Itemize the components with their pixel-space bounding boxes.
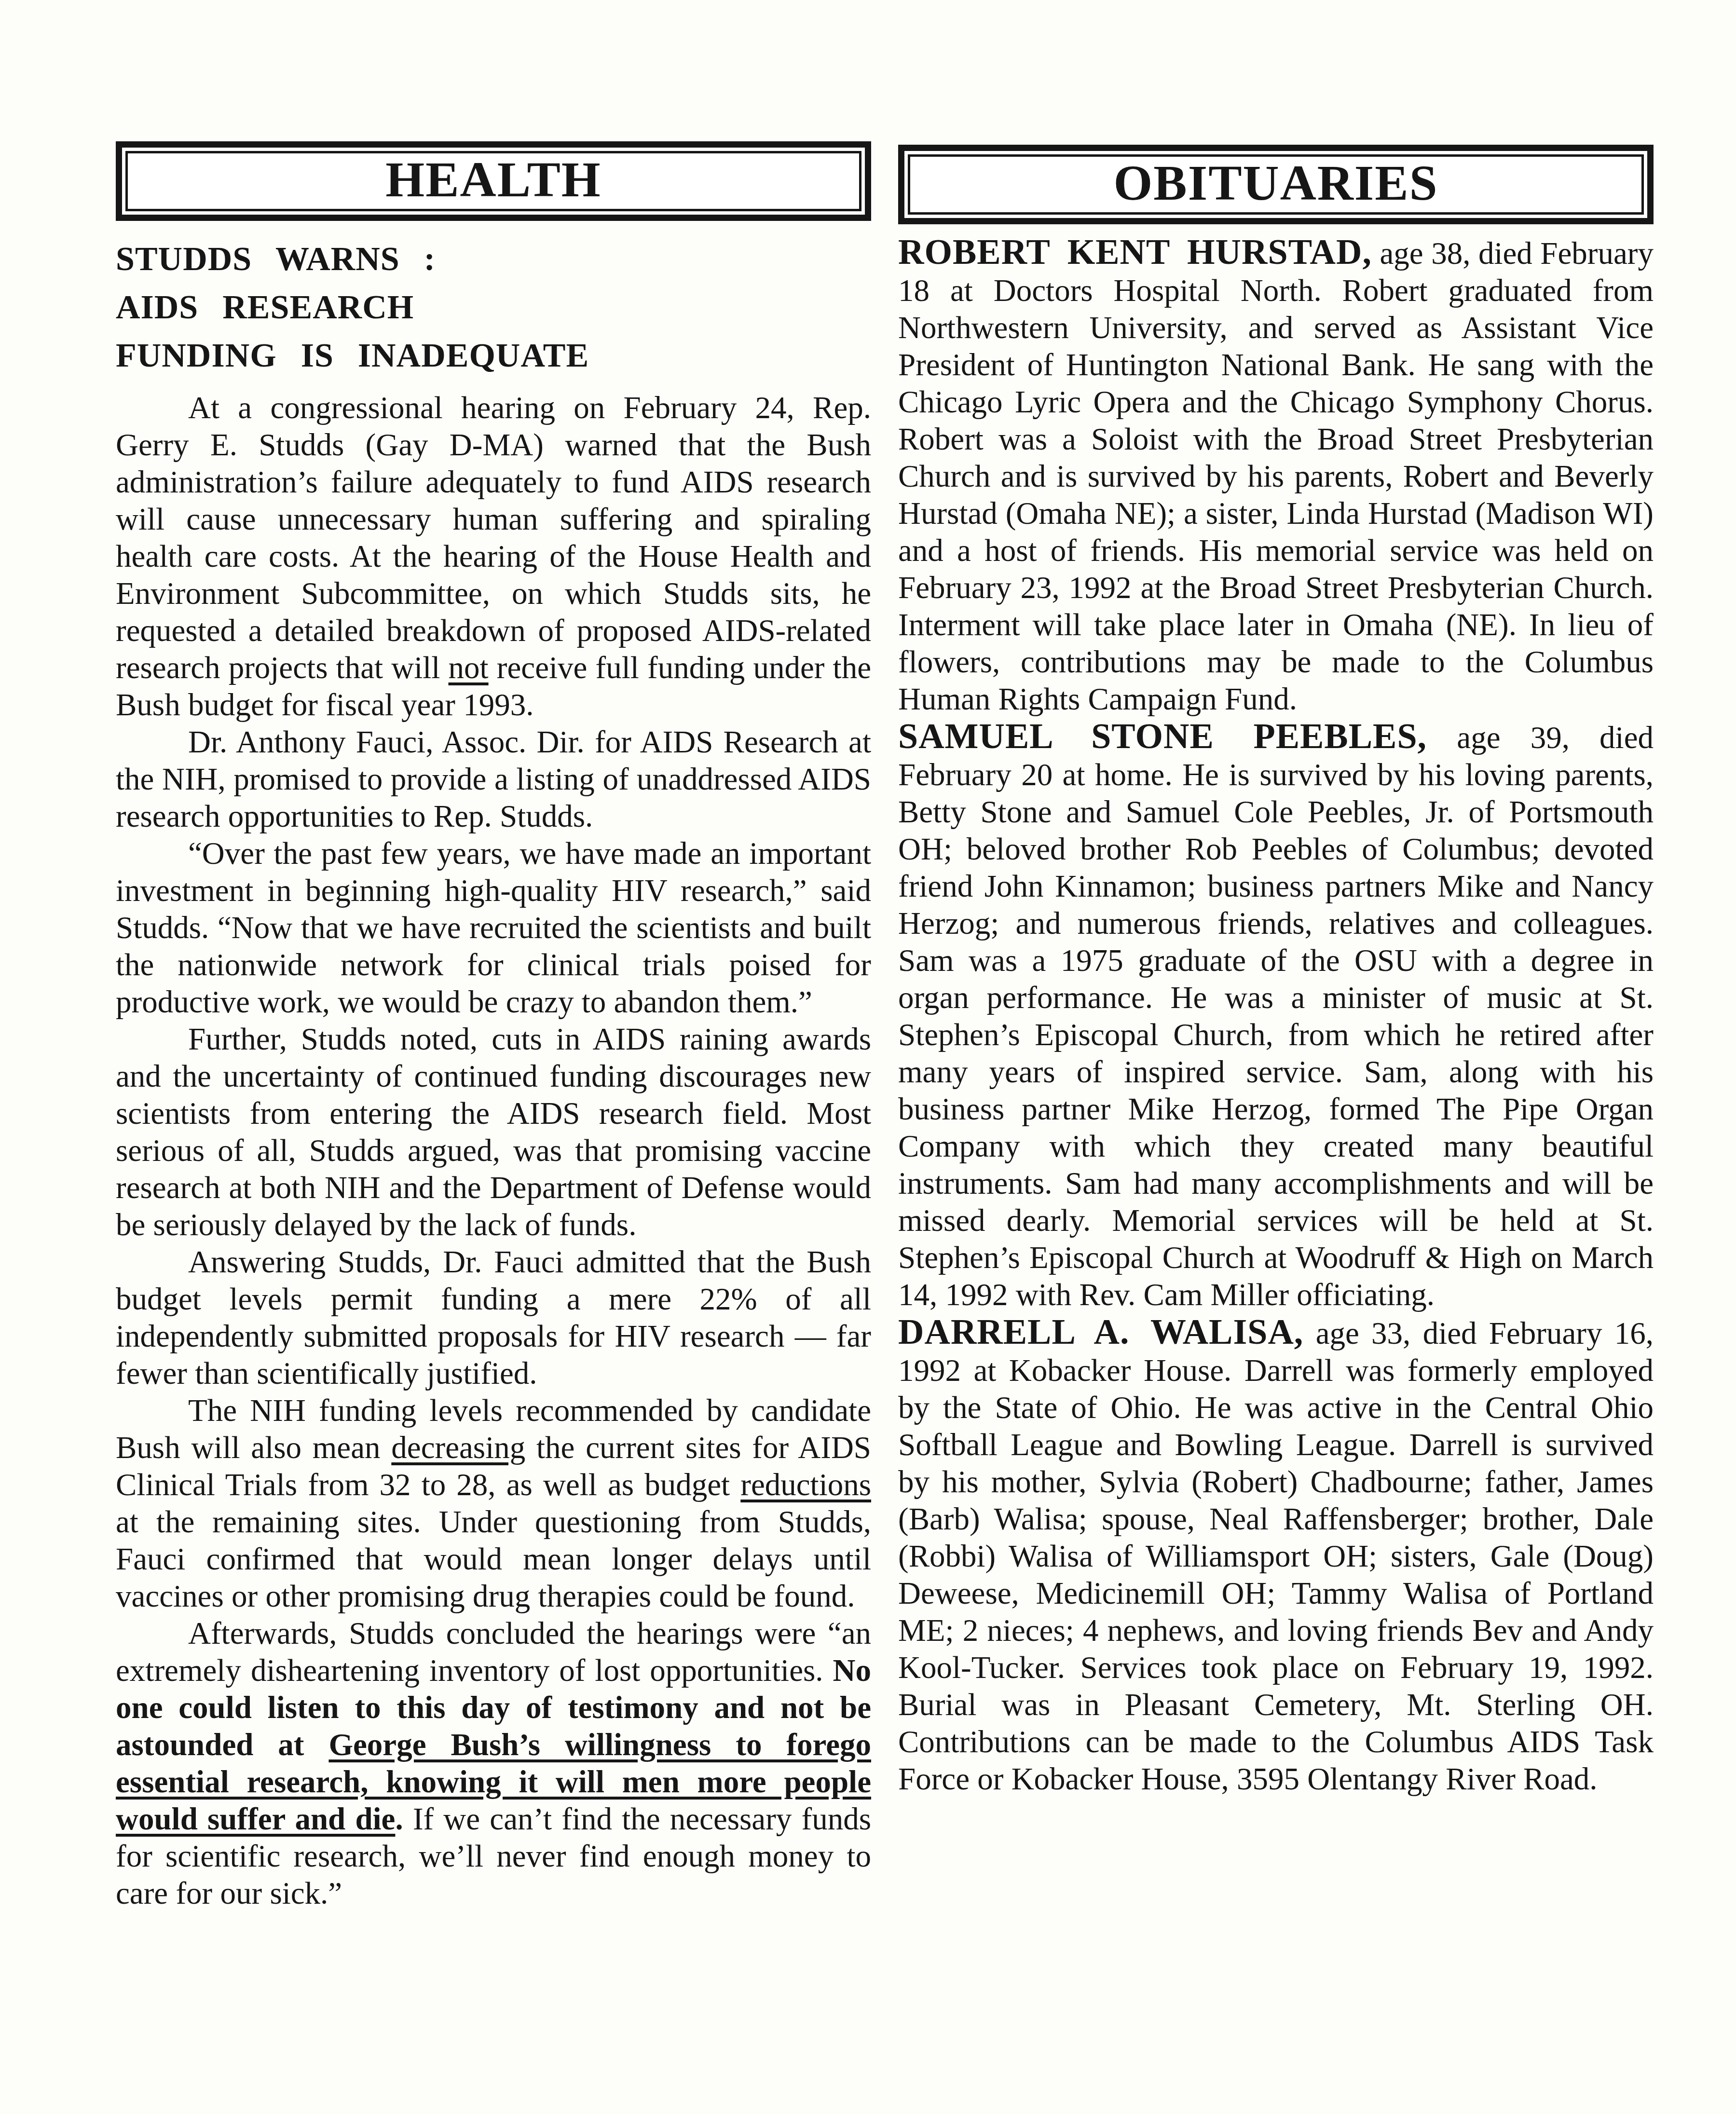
newsletter-page: { "health": { "box_title": "HEALTH", "he… — [0, 0, 1736, 2114]
health-headline: STUDDS WARNS :AIDS RESEARCHFUNDING IS IN… — [116, 235, 871, 380]
obituary-name: DARRELL A. WALISA, — [898, 1312, 1303, 1352]
obituaries-body: ROBERT KENT HURSTAD, age 38, died Februa… — [898, 234, 1654, 1798]
headline-line: AIDS RESEARCH — [116, 284, 871, 332]
obituary-text: age 33, died February 16, 1992 at Koback… — [898, 1316, 1654, 1797]
paragraph: At a congressional hearing on February 2… — [116, 390, 871, 724]
obituary-entry: ROBERT KENT HURSTAD, age 38, died Februa… — [898, 234, 1654, 718]
paragraph: The NIH funding levels recommended by ca… — [116, 1392, 871, 1615]
obituaries-header-box: OBITUARIES — [898, 145, 1654, 224]
obituaries-header-title: OBITUARIES — [908, 154, 1644, 215]
obituary-name: SAMUEL STONE PEEBLES, — [898, 717, 1427, 756]
text-segment: reductions — [740, 1468, 871, 1502]
obituary-name: ROBERT KENT HURSTAD, — [898, 232, 1372, 272]
health-article-body: At a congressional hearing on February 2… — [116, 390, 871, 1912]
health-header-title: HEALTH — [125, 151, 861, 211]
paragraph: Further, Studds noted, cuts in AIDS rain… — [116, 1021, 871, 1244]
obituary-text: age 38, died February 18 at Doctors Hosp… — [898, 236, 1654, 717]
paragraph: Afterwards, Studds concluded the hearing… — [116, 1615, 871, 1912]
text-segment: At a congressional hearing on February 2… — [116, 391, 871, 685]
paragraph: Answering Studds, Dr. Fauci admitted tha… — [116, 1244, 871, 1392]
text-segment: not — [449, 651, 489, 685]
text-segment: decreasing — [391, 1431, 525, 1465]
obituary-text: age 39, died February 20 at home. He is … — [898, 721, 1654, 1312]
text-segment: Afterwards, Studds concluded the hearing… — [116, 1616, 871, 1688]
text-segment: . — [395, 1802, 403, 1837]
paragraph: Dr. Anthony Fauci, Assoc. Dir. for AIDS … — [116, 724, 871, 835]
text-segment: Further, Studds noted, cuts in AIDS rain… — [116, 1022, 871, 1242]
health-section: HEALTH STUDDS WARNS :AIDS RESEARCHFUNDIN… — [116, 141, 871, 1912]
text-segment: at the remaining sites. Under questionin… — [116, 1505, 871, 1614]
paragraph: “Over the past few years, we have made a… — [116, 835, 871, 1021]
obituaries-section: OBITUARIES ROBERT KENT HURSTAD, age 38, … — [898, 145, 1654, 1798]
text-segment: Answering Studds, Dr. Fauci admitted tha… — [116, 1245, 871, 1391]
text-segment: Dr. Anthony Fauci, Assoc. Dir. for AIDS … — [116, 725, 871, 834]
obituary-entry: DARRELL A. WALISA, age 33, died February… — [898, 1314, 1654, 1798]
headline-line: FUNDING IS INADEQUATE — [116, 332, 871, 380]
text-segment: “Over the past few years, we have made a… — [116, 836, 871, 1020]
health-header-box: HEALTH — [116, 141, 871, 221]
obituary-entry: SAMUEL STONE PEEBLES, age 39, died Febru… — [898, 718, 1654, 1314]
headline-line: STUDDS WARNS : — [116, 235, 871, 284]
